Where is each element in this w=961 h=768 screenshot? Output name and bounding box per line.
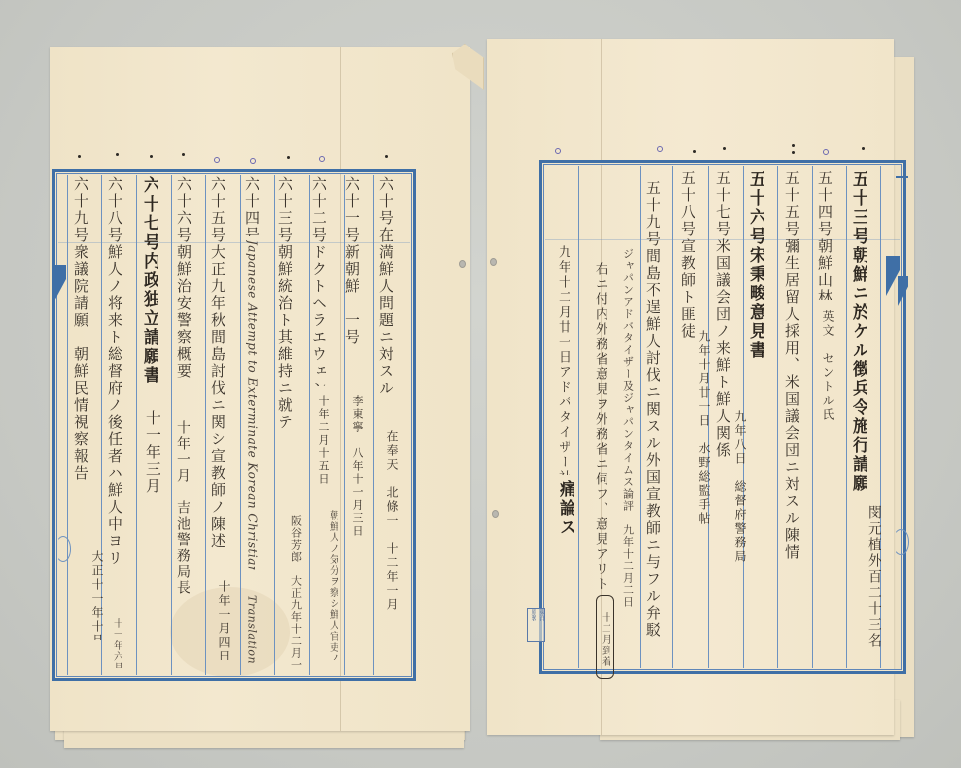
under-sheet-rule [896,176,908,178]
entry-note: 九年十月廿一日 水野総監手帖 [698,330,710,590]
under-sheet-rule [880,160,894,162]
binding-ring-mark [250,158,256,164]
entry-note: 十年二月十五日付 [318,395,329,485]
column-rule [136,175,137,675]
binding-dot [723,147,726,150]
entry-number: 六十七号内政独立請願書 [141,176,158,416]
binding-dot [862,147,865,150]
ring-stamp-mark [893,529,909,555]
column-rule [640,166,641,668]
entry-note: 十一年三月 [145,410,160,540]
entry-number: 五十三号朝鮮ニ於ケル徴兵令施行請願 [850,170,867,500]
entry-number: 六十四号 [244,176,259,236]
entry-number: 五十九号間島不逞鮮人討伐ニ関スル外国宣教師ニ与フル弁駁 [645,180,660,650]
binding-dot [182,153,185,156]
entry-number: 五十六号宋秉畯意見書 [747,170,764,410]
binding-ring-mark [823,149,829,155]
entry-number: 六十三号朝鮮統治ト其維持ニ就テ [277,176,292,506]
entry-note: Translation [246,595,258,665]
entry-number: 五十八号宣教師ト匪徒 [680,170,695,370]
column-rule [274,175,275,675]
binding-dot [287,156,290,159]
column-rule [309,175,310,675]
entry-note: 朝鮮人ノ気分ヲ察シ鮮人官吏ノ如何ニ日本ヲ信ジ得ルカヲ云々 [327,510,338,660]
entry-number: 五十五号彌生居留人採用、米国議会団ニ対スル陳情 [784,170,799,590]
entry-title: 右ニ付内外務省意見ヲ外務省ニ伺フ、意見アリト云フ [594,262,607,592]
column-rule [205,175,206,675]
column-rule [171,175,172,675]
column-rule [846,166,847,668]
entry-note: ジャパンアドバタイザー及ジャパンタイムス論評 九年十二月二日 [622,248,634,648]
maker-stamp: 東洋 原製 [527,608,545,642]
column-rule [672,166,673,668]
binding-hole [459,260,466,268]
entry-title-english: Japanese Attempt to Exterminate Korean C… [246,240,259,570]
entry-note: 阪谷芳郎 大正九年十二月一日 [290,515,302,665]
binding-dot [116,153,119,156]
binding-dot [150,155,153,158]
entry-note: 痛論ス [557,480,574,540]
binding-ring-mark [555,148,561,154]
binding-ring-mark [319,156,325,162]
entry-note: 十年一月四日 [218,580,230,660]
entry-number: 六十五号大正九年秋間島討伐ニ関シ宣教師ノ陳述 [210,176,225,556]
binding-dot [792,151,795,154]
entry-number: 六十号在満鮮人問題ニ対スル意見 [378,176,393,396]
column-rule [812,166,813,668]
binding-dot [385,155,388,158]
entry-note: 十一年六月 [111,618,122,668]
binding-hole [492,510,499,518]
entry-note: 李東寧 八年十一月三日 [352,395,363,575]
entry-number: 六十九号衆議院請願 朝鮮民情視察報告 [73,176,88,506]
binding-ring-mark [214,157,220,163]
binding-dot [792,144,795,147]
entry-note: 十年一月 吉池警務局長 [176,420,190,620]
entry-number: 六十一号新朝鮮 一号 [344,176,359,376]
entry-title: 九年十二月廿一日アドバタイザー社説 [557,245,570,475]
entry-note: 九年八日 総督府警務局 [734,410,746,630]
entry-note: 大正十一年十月 [91,550,103,640]
entry-number: 六十八号鮮人ノ将来ト総督府ノ後任者ハ鮮人中ヨリ [107,176,122,596]
column-rule [777,166,778,668]
binding-dot [693,150,696,153]
column-rule [578,166,579,668]
entry-number: 五十四号朝鮮山林ト白禍 [817,170,832,300]
entry-number: 六十二号ドクトヘラエウェン素状 [311,176,326,386]
column-rule [373,175,374,675]
entry-note: 英文 セントル氏 [822,310,834,460]
binding-ring-mark [657,146,663,152]
entry-number: 六十六号朝鮮治安警察概要 [176,176,191,386]
ring-stamp-mark [55,536,71,562]
binding-hole [490,258,497,266]
column-rule [67,175,68,675]
entry-note: 閔元植外百二十三名 [867,505,881,665]
entry-number: 五十七号米国議会団ノ来鮮ト鮮人関係 [715,170,730,490]
binding-dot [78,155,81,158]
column-rule [240,175,241,675]
entry-note: 在奉天 北條一 十二年一月 [386,430,398,650]
bracketed-annotation: 十二月到着 [596,595,614,679]
